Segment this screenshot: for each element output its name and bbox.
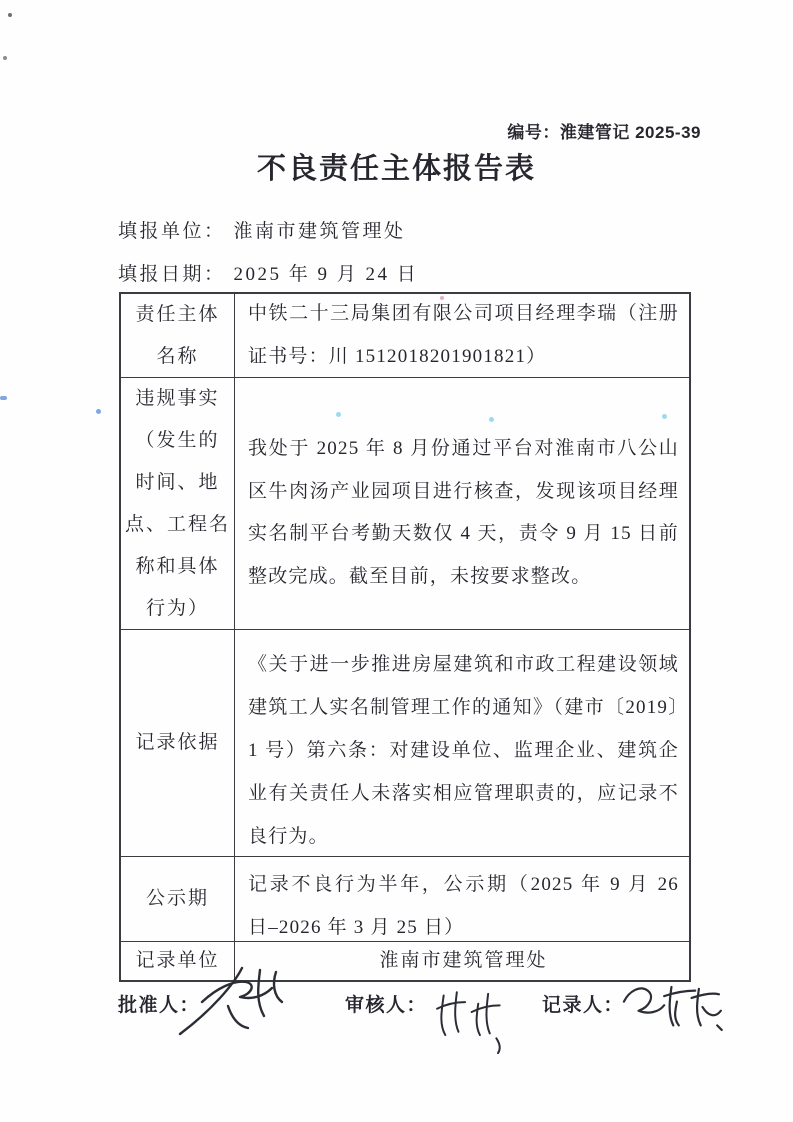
row-label-violation-facts: 违规事实 （发生的 时间、地 点、工程名 称和具体 行为） bbox=[121, 378, 235, 629]
filing-unit-value: 淮南市建筑管理处 bbox=[234, 221, 406, 242]
approver-signature bbox=[172, 962, 297, 1047]
row-content-responsible-party: 中铁二十三局集团有限公司项目经理李瑞（注册证书号：川 1512018201901… bbox=[235, 294, 689, 377]
scan-artifact-dot bbox=[336, 412, 341, 417]
row-label-publicity-period: 公示期 bbox=[121, 857, 235, 941]
filing-unit-label: 填报单位： bbox=[118, 221, 226, 242]
filing-date-label: 填报日期： bbox=[118, 264, 226, 285]
report-table: 责任主体 名称 中铁二十三局集团有限公司项目经理李瑞（注册证书号：川 15120… bbox=[119, 292, 691, 982]
responsible-party-text: 中铁二十三局集团有限公司项目经理李瑞（注册证书号：川 1512018201901… bbox=[248, 293, 679, 378]
row-content-publicity-period: 记录不良行为半年，公示期（2025 年 9 月 26 日–2026 年 3 月 … bbox=[235, 857, 689, 941]
scan-artifact-dot bbox=[3, 56, 7, 60]
table-row-publicity-period: 公示期 记录不良行为半年，公示期（2025 年 9 月 26 日–2026 年 … bbox=[121, 857, 689, 942]
scan-artifact-dot bbox=[96, 409, 101, 414]
scan-artifact-dot bbox=[440, 296, 444, 300]
row-content-violation-facts: 我处于 2025 年 8 月份通过平台对淮南市八公山区牛肉汤产业园项目进行核查，… bbox=[235, 378, 689, 629]
scan-artifact-dot bbox=[0, 396, 7, 400]
scan-artifact-dot bbox=[489, 417, 494, 422]
row-content-recording-unit: 淮南市建筑管理处 bbox=[235, 942, 689, 980]
filing-unit-line: 填报单位：淮南市建筑管理处 bbox=[118, 216, 406, 243]
row-label-record-basis: 记录依据 bbox=[121, 630, 235, 856]
table-row-record-basis: 记录依据 《关于进一步推进房屋建筑和市政工程建设领域建筑工人实名制管理工作的通知… bbox=[121, 630, 689, 857]
filing-date-value: 2025 年 9 月 24 日 bbox=[234, 264, 419, 285]
row-label-responsible-party: 责任主体 名称 bbox=[121, 294, 235, 377]
document-title: 不良责任主体报告表 bbox=[0, 146, 793, 187]
doc-number: 编号：淮建管记 2025-39 bbox=[507, 118, 701, 143]
document-page: 编号：淮建管记 2025-39 不良责任主体报告表 填报单位：淮南市建筑管理处 … bbox=[0, 0, 793, 1122]
filing-date-line: 填报日期：2025 年 9 月 24 日 bbox=[118, 259, 418, 286]
reviewer-signature bbox=[420, 984, 520, 1054]
scan-artifact-dot bbox=[662, 414, 667, 419]
recorder-signature bbox=[612, 976, 730, 1040]
scan-artifact-dot bbox=[8, 13, 12, 17]
row-content-record-basis: 《关于进一步推进房屋建筑和市政工程建设领域建筑工人实名制管理工作的通知》（建市〔… bbox=[235, 630, 689, 856]
reviewer-label: 审核人： bbox=[345, 990, 427, 1017]
table-row-responsible-party: 责任主体 名称 中铁二十三局集团有限公司项目经理李瑞（注册证书号：川 15120… bbox=[121, 294, 689, 378]
table-row-violation-facts: 违规事实 （发生的 时间、地 点、工程名 称和具体 行为） 我处于 2025 年… bbox=[121, 378, 689, 630]
